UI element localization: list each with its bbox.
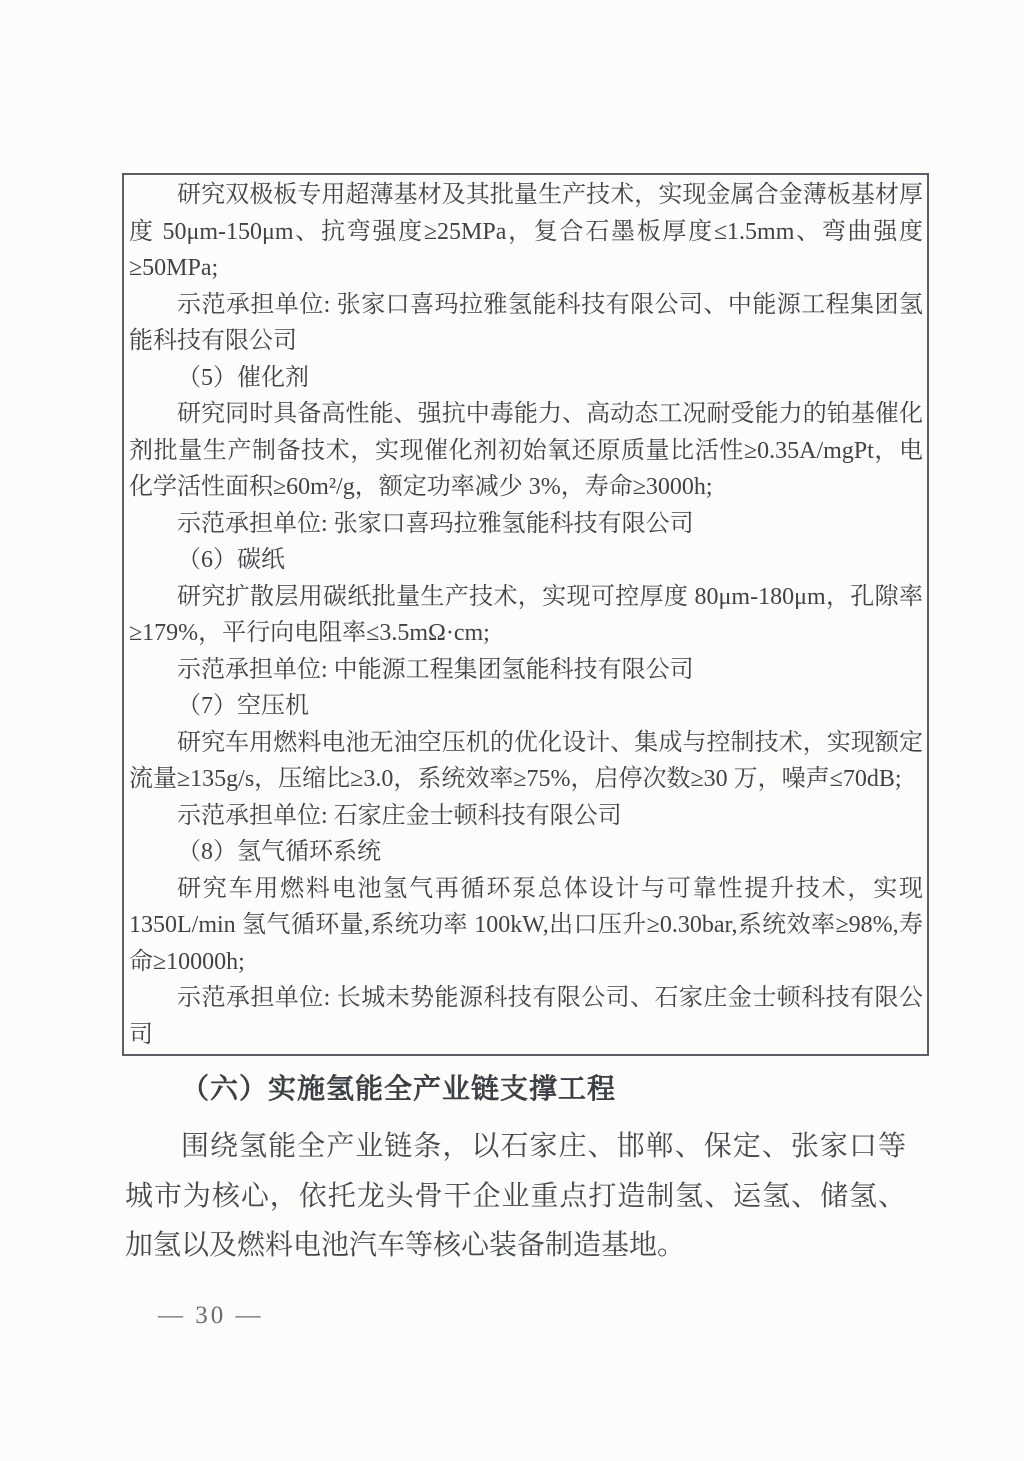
section-six-body: 围绕氢能全产业链条，以石家庄、邯郸、保定、张家口等城市为核心，依托龙头骨干企业重… (125, 1122, 906, 1271)
item-8-hydrogen-circulation-heading: （8）氢气循环系统 (129, 834, 923, 871)
air-compressor-demo-units-paragraph: 示范承担单位: 石家庄金士顿科技有限公司 (129, 798, 923, 835)
section-six-heading: （六）实施氢能全产业链支撑工程 (125, 1071, 906, 1109)
carbon-paper-demo-units-paragraph: 示范承担单位: 中能源工程集团氢能科技有限公司 (129, 652, 923, 689)
catalyst-research-paragraph: 研究同时具备高性能、强抗中毒能力、高动态工况耐受能力的铂基催化剂批量生产制备技术… (129, 396, 923, 506)
section-six: （六）实施氢能全产业链支撑工程 围绕氢能全产业链条，以石家庄、邯郸、保定、张家口… (125, 1071, 906, 1271)
bipolar-plate-demo-units-paragraph: 示范承担单位: 张家口喜玛拉雅氢能科技有限公司、中能源工程集团氢能科技有限公司 (129, 287, 923, 360)
bipolar-plate-research-paragraph: 研究双极板专用超薄基材及其批量生产技术，实现金属合金薄板基材厚度 50μm-15… (129, 177, 923, 287)
catalyst-demo-units-paragraph: 示范承担单位: 张家口喜玛拉雅氢能科技有限公司 (129, 506, 923, 543)
air-compressor-research-paragraph: 研究车用燃料电池无油空压机的优化设计、集成与控制技术，实现额定流量≥135g/s… (129, 725, 923, 798)
hydrogen-circulation-demo-units-paragraph: 示范承担单位: 长城未势能源科技有限公司、石家庄金士顿科技有限公司 (129, 980, 923, 1053)
carbon-paper-research-paragraph: 研究扩散层用碳纸批量生产技术，实现可控厚度 80μm-180μm，孔隙率≥179… (129, 579, 923, 652)
item-7-air-compressor-heading: （7）空压机 (129, 688, 923, 725)
spec-table-cell: 研究双极板专用超薄基材及其批量生产技术，实现金属合金薄板基材厚度 50μm-15… (122, 173, 929, 1056)
document-page: 研究双极板专用超薄基材及其批量生产技术，实现金属合金薄板基材厚度 50μm-15… (0, 0, 1024, 1461)
hydrogen-circulation-research-paragraph: 研究车用燃料电池氢气再循环泵总体设计与可靠性提升技术，实现 1350L/min … (129, 871, 923, 981)
item-5-catalyst-heading: （5）催化剂 (129, 360, 923, 397)
page-number: — 30 — (158, 1302, 264, 1330)
item-6-carbon-paper-heading: （6）碳纸 (129, 542, 923, 579)
